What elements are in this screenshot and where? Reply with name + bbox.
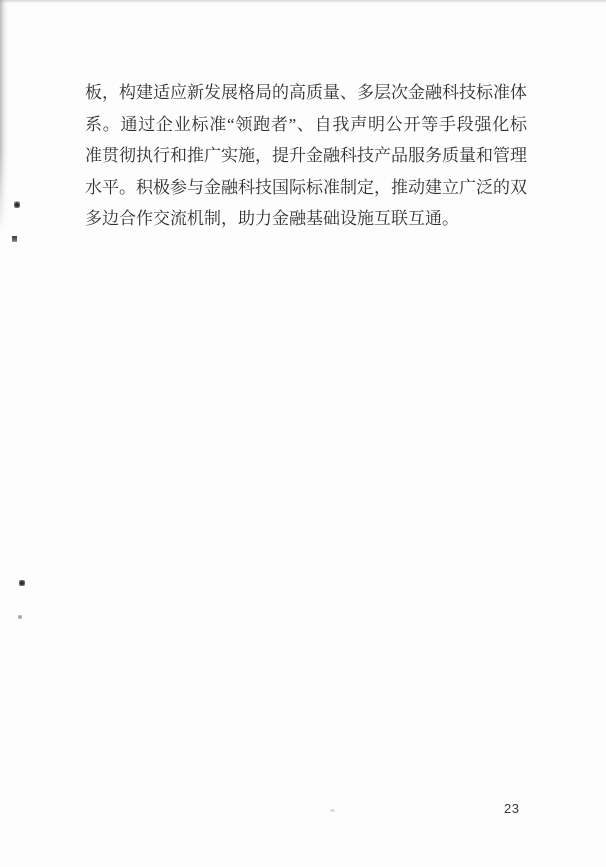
scan-top-edge-shadow: [0, 0, 606, 4]
paragraph-line-5: 多边合作交流机制，助力金融基础设施互联互通。: [85, 203, 527, 235]
scan-left-edge-shadow: [0, 0, 8, 235]
scan-speck: [18, 615, 22, 619]
scan-speck: [330, 809, 335, 812]
paragraph-line-1: 板，构建适应新发展格局的高质量、多层次金融科技标准体: [85, 77, 527, 109]
paragraph-line-3: 准贯彻执行和推广实施，提升金融科技产品服务质量和管理: [85, 140, 527, 172]
scan-speck: [12, 236, 17, 242]
scan-speck: [14, 201, 20, 208]
paragraph-line-2: 系。通过企业标准“领跑者”、自我声明公开等手段强化标: [85, 109, 527, 141]
scan-speck: [19, 580, 25, 586]
paragraph-line-4: 水平。积极参与金融科技国际标准制定，推动建立广泛的双: [85, 172, 527, 204]
document-page: 板，构建适应新发展格局的高质量、多层次金融科技标准体 系。通过企业标准“领跑者”…: [0, 0, 606, 867]
body-paragraph: 板，构建适应新发展格局的高质量、多层次金融科技标准体 系。通过企业标准“领跑者”…: [85, 77, 527, 235]
page-number: 23: [504, 801, 519, 816]
